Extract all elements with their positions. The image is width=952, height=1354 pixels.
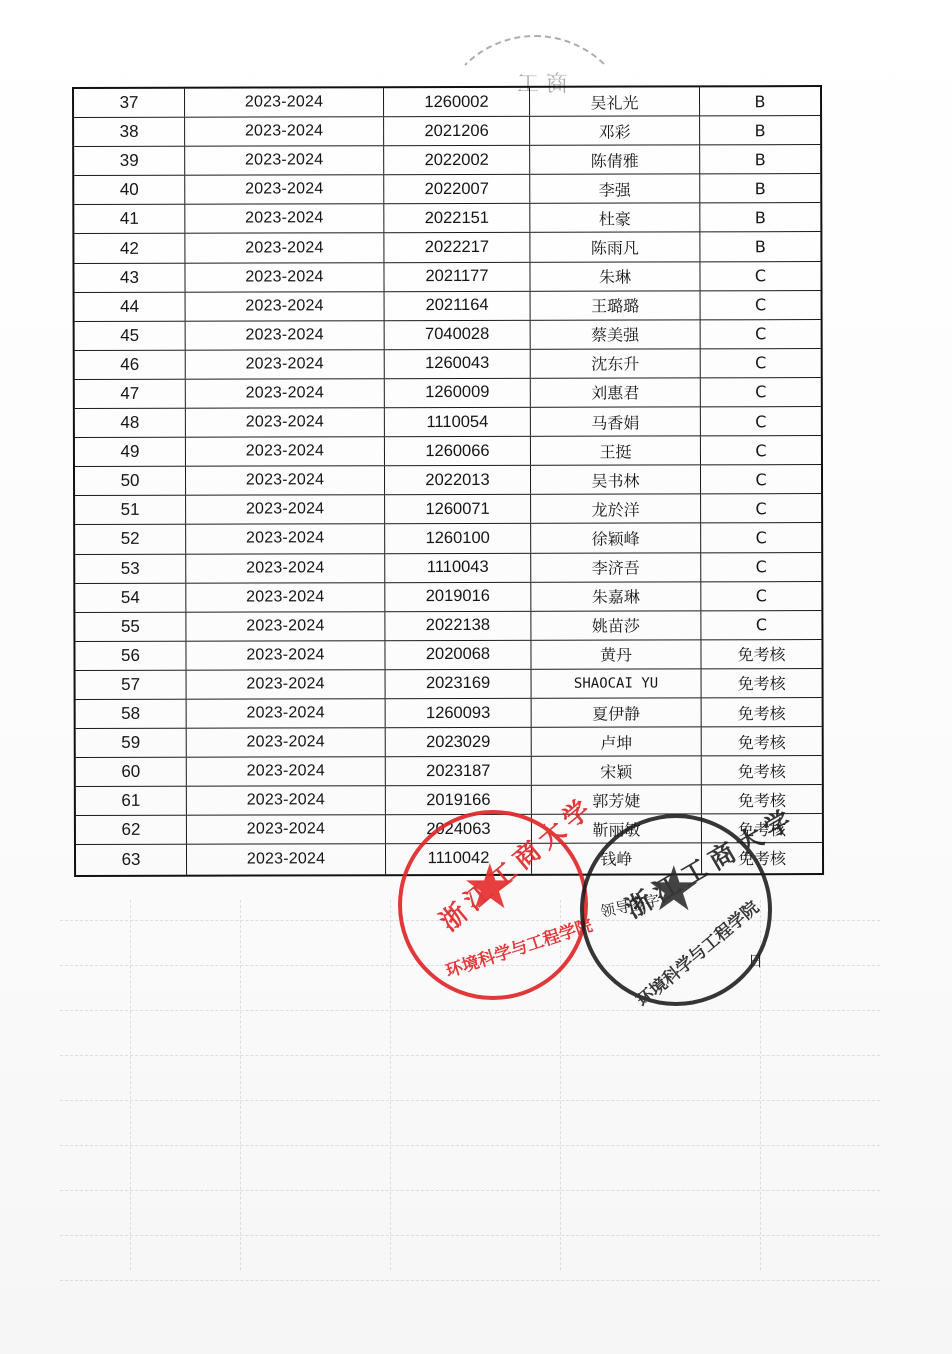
row-number-cell: 53 [75, 554, 186, 582]
school-year-cell: 2023-2024 [187, 845, 386, 875]
school-year-cell: 2023-2024 [185, 263, 384, 292]
staff-name-cell: SHAOCAI YU [532, 669, 702, 698]
staff-id-cell: 1260100 [385, 524, 531, 552]
school-year-cell: 2023-2024 [185, 234, 384, 263]
staff-id-cell: 1110054 [385, 408, 531, 436]
staff-name-cell: 沈东升 [531, 349, 701, 378]
row-number-cell: 61 [76, 787, 187, 815]
school-year-cell: 2023-2024 [187, 670, 386, 699]
row-number-cell: 59 [76, 729, 187, 757]
assessment-grade-cell: C [701, 436, 821, 464]
staff-name-cell: 刘惠君 [531, 378, 701, 407]
table-row: 522023-20241260100徐颖峰C [75, 523, 821, 554]
row-number-cell: 43 [74, 263, 185, 291]
staff-name-cell: 黄丹 [531, 640, 701, 669]
assessment-grade-cell: B [700, 116, 820, 144]
staff-id-cell: 2022013 [385, 466, 531, 494]
row-number-cell: 58 [76, 700, 187, 728]
table-row: 512023-20241260071龙於洋C [75, 494, 821, 525]
assessment-grade-cell: 免考核 [702, 698, 822, 726]
staff-name-cell: 朱嘉琳 [531, 582, 701, 611]
school-year-cell: 2023-2024 [186, 408, 385, 437]
staff-name-cell: 宋颖 [532, 757, 702, 786]
assessment-grade-cell: C [701, 407, 821, 435]
table-row: 392023-20242022002陈倩雅B [74, 145, 820, 176]
assessment-grade-cell: 免考核 [702, 756, 822, 784]
assessment-grade-cell: 免考核 [702, 669, 822, 697]
staff-id-cell: 2022151 [384, 204, 530, 232]
assessment-grade-cell: C [701, 494, 821, 522]
staff-name-cell: 李强 [530, 175, 700, 204]
row-number-cell: 57 [76, 671, 187, 699]
staff-name-cell: 杜豪 [530, 204, 700, 233]
staff-name-cell: 王璐璐 [531, 291, 701, 320]
staff-name-cell: 卢坤 [532, 727, 702, 756]
school-year-cell: 2023-2024 [187, 728, 386, 757]
staff-id-cell: 2023169 [386, 670, 532, 698]
assessment-table: 372023-20241260002吴礼光B382023-20242021206… [72, 85, 824, 876]
staff-name-cell: 夏伊静 [532, 698, 702, 727]
row-number-cell: 56 [75, 641, 186, 669]
staff-id-cell: 1260009 [385, 379, 531, 407]
staff-name-cell: 吴书林 [531, 466, 701, 495]
staff-id-cell: 2019166 [386, 786, 532, 814]
table-row: 502023-20242022013吴书林C [75, 465, 821, 496]
school-year-cell: 2023-2024 [187, 816, 386, 845]
staff-name-cell: 马香娟 [531, 407, 701, 436]
staff-id-cell: 2022002 [384, 146, 530, 174]
school-year-cell: 2023-2024 [186, 495, 385, 524]
row-number-cell: 41 [74, 205, 185, 233]
row-number-cell: 38 [74, 118, 185, 146]
staff-id-cell: 2019016 [385, 582, 531, 610]
staff-name-cell: 邓彩 [530, 116, 700, 145]
scanned-page: 商 工 372023-20241260002吴礼光B382023-2024202… [0, 0, 952, 1354]
table-row: 442023-20242021164王璐璐C [75, 291, 821, 322]
staff-name-cell: 李济吾 [531, 553, 701, 582]
staff-id-cell: 2021206 [384, 117, 530, 145]
assessment-grade-cell: C [701, 378, 821, 406]
row-number-cell: 49 [75, 438, 186, 466]
row-number-cell: 62 [76, 816, 187, 844]
staff-name-cell: 陈倩雅 [530, 146, 700, 175]
table-row: 432023-20242021177朱琳C [74, 262, 820, 293]
school-year-cell: 2023-2024 [185, 175, 384, 204]
assessment-grade-cell: C [701, 291, 821, 319]
school-year-cell: 2023-2024 [187, 699, 386, 728]
school-year-cell: 2023-2024 [185, 205, 384, 234]
date-mark: 日 [748, 950, 763, 971]
table-row: 372023-20241260002吴礼光B [74, 87, 820, 118]
staff-name-cell: 王挺 [531, 436, 701, 465]
table-row: 582023-20241260093夏伊静免考核 [76, 698, 822, 729]
school-year-cell: 2023-2024 [185, 88, 384, 117]
row-number-cell: 40 [74, 176, 185, 204]
staff-id-cell: 2020068 [385, 641, 531, 669]
staff-name-cell: 姚苗莎 [531, 611, 701, 640]
row-number-cell: 48 [75, 409, 186, 437]
school-year-cell: 2023-2024 [186, 525, 385, 554]
table-row: 402023-20242022007李强B [74, 174, 820, 205]
row-number-cell: 42 [74, 234, 185, 262]
assessment-grade-cell: C [701, 611, 821, 639]
staff-name-cell: 徐颖峰 [531, 524, 701, 553]
staff-id-cell: 2021164 [385, 291, 531, 319]
school-year-cell: 2023-2024 [186, 583, 385, 612]
table-row: 452023-20247040028蔡美强C [75, 320, 821, 351]
table-row: 572023-20242023169SHAOCAI YU免考核 [76, 669, 822, 700]
table-row: 602023-20242023187宋颖免考核 [76, 756, 822, 787]
table-row: 612023-20242019166郭芳婕免考核 [76, 785, 822, 816]
table-row: 532023-20241110043李济吾C [75, 553, 821, 584]
staff-id-cell: 1260093 [386, 699, 532, 727]
assessment-grade-cell: 免考核 [701, 640, 821, 668]
school-year-cell: 2023-2024 [186, 350, 385, 379]
assessment-grade-cell: B [700, 233, 820, 261]
table-row: 492023-20241260066王挺C [75, 436, 821, 467]
red-official-seal: ★ 浙江工商大学 环境科学与工程学院 [398, 810, 588, 1000]
row-number-cell: 54 [75, 583, 186, 611]
table-row: 562023-20242020068黄丹免考核 [75, 640, 821, 671]
row-number-cell: 39 [74, 147, 185, 175]
table-row: 552023-20242022138姚苗莎C [75, 611, 821, 642]
staff-id-cell: 2023187 [386, 757, 532, 785]
row-number-cell: 44 [75, 292, 186, 320]
school-year-cell: 2023-2024 [185, 117, 384, 146]
staff-id-cell: 1260066 [385, 437, 531, 465]
assessment-grade-cell: C [701, 523, 821, 551]
school-year-cell: 2023-2024 [187, 757, 386, 786]
school-year-cell: 2023-2024 [185, 146, 384, 175]
staff-id-cell: 7040028 [385, 321, 531, 349]
staff-id-cell: 1260071 [385, 495, 531, 523]
school-year-cell: 2023-2024 [186, 641, 385, 670]
assessment-grade-cell: 免考核 [702, 727, 822, 755]
staff-id-cell: 1260002 [384, 88, 530, 116]
assessment-grade-cell: C [701, 582, 821, 610]
staff-id-cell: 2022007 [384, 175, 530, 203]
table-row: 542023-20242019016朱嘉琳C [75, 582, 821, 613]
assessment-grade-cell: C [701, 349, 821, 377]
assessment-grade-cell: C [701, 465, 821, 493]
table-row: 462023-20241260043沈东升C [75, 349, 821, 380]
assessment-grade-cell: C [701, 320, 821, 348]
staff-id-cell: 1260043 [385, 350, 531, 378]
row-number-cell: 63 [76, 845, 187, 874]
table-row: 412023-20242022151杜豪B [74, 203, 820, 234]
staff-name-cell: 吴礼光 [530, 87, 700, 116]
staff-name-cell: 朱琳 [530, 262, 700, 291]
assessment-grade-cell: B [700, 87, 820, 115]
staff-id-cell: 2023029 [386, 728, 532, 756]
school-year-cell: 2023-2024 [186, 466, 385, 495]
staff-name-cell: 陈雨凡 [530, 233, 700, 262]
assessment-grade-cell: C [701, 553, 821, 581]
staff-id-cell: 2021177 [384, 262, 530, 290]
table-row: 472023-20241260009刘惠君C [75, 378, 821, 409]
row-number-cell: 50 [75, 467, 186, 495]
row-number-cell: 55 [75, 612, 186, 640]
table-row: 382023-20242021206邓彩B [74, 116, 820, 147]
staff-name-cell: 蔡美强 [531, 320, 701, 349]
row-number-cell: 52 [75, 525, 186, 553]
assessment-grade-cell: B [700, 203, 820, 231]
staff-id-cell: 2022217 [384, 233, 530, 261]
assessment-grade-cell: C [700, 262, 820, 290]
row-number-cell: 60 [76, 758, 187, 786]
assessment-grade-cell: B [700, 145, 820, 173]
table-row: 422023-20242022217陈雨凡B [74, 233, 820, 264]
school-year-cell: 2023-2024 [186, 379, 385, 408]
school-year-cell: 2023-2024 [186, 554, 385, 583]
row-number-cell: 37 [74, 89, 185, 117]
row-number-cell: 46 [75, 351, 186, 379]
row-number-cell: 45 [75, 321, 186, 349]
row-number-cell: 47 [75, 380, 186, 408]
school-year-cell: 2023-2024 [186, 437, 385, 466]
table-row: 592023-20242023029卢坤免考核 [76, 727, 822, 758]
staff-id-cell: 2022138 [385, 611, 531, 639]
table-row: 482023-20241110054马香娟C [75, 407, 821, 438]
school-year-cell: 2023-2024 [186, 292, 385, 321]
staff-name-cell: 龙於洋 [531, 495, 701, 524]
school-year-cell: 2023-2024 [186, 321, 385, 350]
school-year-cell: 2023-2024 [187, 786, 386, 815]
staff-id-cell: 1110043 [385, 553, 531, 581]
assessment-grade-cell: B [700, 174, 820, 202]
school-year-cell: 2023-2024 [186, 612, 385, 641]
row-number-cell: 51 [75, 496, 186, 524]
